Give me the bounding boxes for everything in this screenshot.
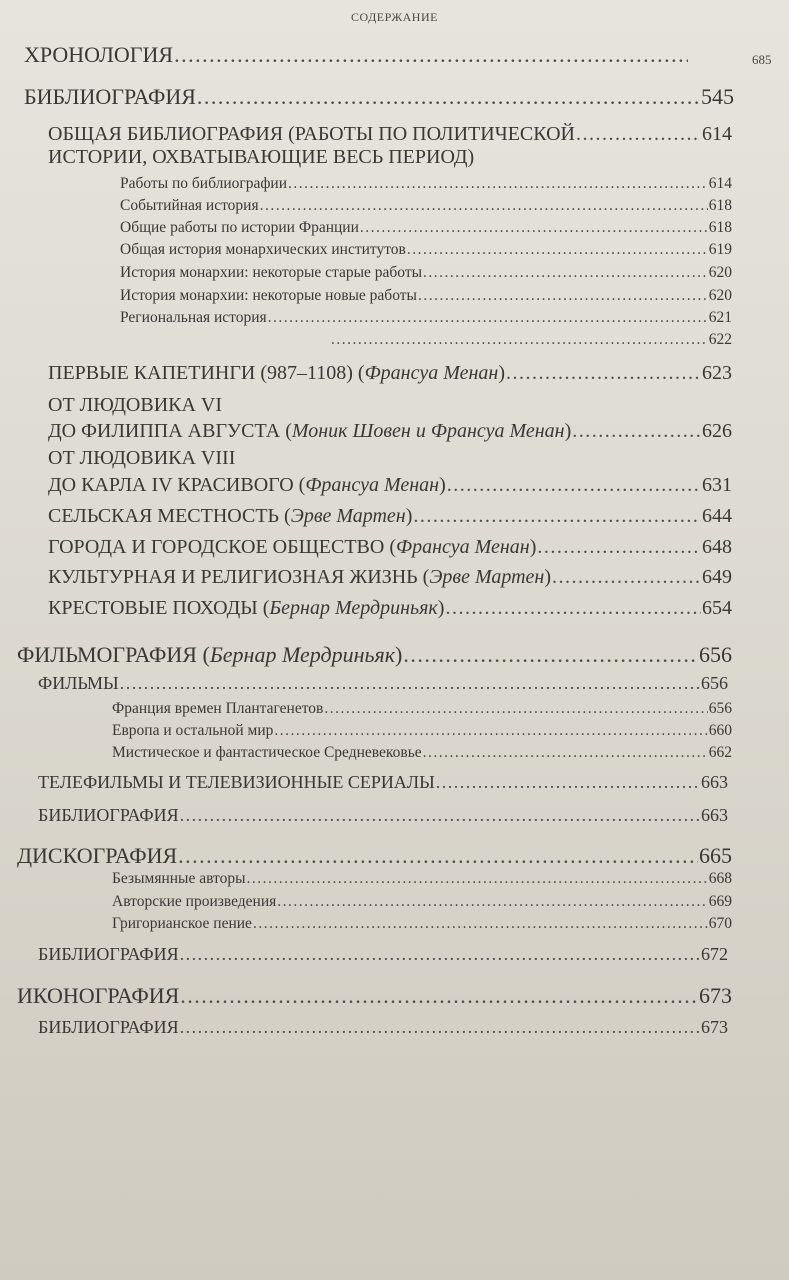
dot-leader: [180, 1017, 700, 1038]
toc-subentry[interactable]: Безымянные авторы 668: [112, 870, 732, 888]
dot-leader: [552, 566, 701, 589]
toc-label: Событийная история: [120, 197, 259, 215]
toc-label: ДО ФИЛИППА АВГУСТА (Моник Шовен и Франсу…: [48, 420, 571, 443]
toc-page: 673: [701, 1017, 728, 1038]
toc-entry-films[interactable]: ФИЛЬМЫ 656: [38, 673, 728, 694]
dot-leader: [407, 241, 708, 259]
toc-label: ГОРОДА И ГОРОДСКОЕ ОБЩЕСТВО (Франсуа Мен…: [48, 536, 536, 559]
toc-entry-film-bibliography[interactable]: БИБЛИОГРАФИЯ 663: [38, 805, 728, 826]
toc-label-line1: ОТ ЛЮДОВИКА VIII: [48, 447, 235, 470]
dot-leader: [403, 642, 698, 668]
toc-page: 660: [709, 722, 732, 740]
toc-label: Работы по библиографии: [120, 175, 287, 193]
toc-entry-section[interactable]: СЕЛЬСКАЯ МЕСТНОСТЬ (Эрве Мартен) 644: [48, 505, 732, 528]
toc-page: 621: [709, 309, 732, 327]
toc-page: 654: [702, 597, 732, 620]
toc-label: СЕЛЬСКАЯ МЕСТНОСТЬ (Эрве Мартен): [48, 505, 412, 528]
dot-leader: [180, 805, 700, 826]
page-number: 685: [752, 52, 772, 68]
toc-subentry[interactable]: История монархии: некоторые старые работ…: [120, 264, 732, 282]
toc-page: 619: [709, 241, 732, 259]
toc-page: 662: [709, 744, 732, 762]
toc-page: 545: [701, 84, 734, 110]
toc-label: ИКОНОГРАФИЯ: [17, 983, 179, 1009]
toc-entry-discography[interactable]: ДИСКОГРАФИЯ 665: [17, 843, 732, 869]
toc-subentry[interactable]: Григорианское пение 670: [112, 915, 732, 933]
toc-page: 663: [701, 805, 728, 826]
dot-leader: [180, 944, 700, 965]
toc-entry-iconography[interactable]: ИКОНОГРАФИЯ 673: [17, 983, 732, 1009]
toc-subentry[interactable]: Мистическое и фантастическое Средневеков…: [112, 744, 732, 762]
toc-label: ФИЛЬМОГРАФИЯ (Бернар Мердриньяк): [17, 642, 402, 668]
toc-label: Григорианское пение: [112, 915, 252, 933]
dot-leader: [506, 362, 701, 385]
dot-leader: [197, 84, 700, 110]
toc-page: 623: [702, 362, 732, 385]
toc-entry-section[interactable]: ДО КАРЛА IV КРАСИВОГО (Франсуа Менан) 63…: [48, 474, 732, 497]
dot-leader: [447, 474, 701, 497]
toc-label: БИБЛИОГРАФИЯ: [24, 84, 196, 110]
toc-page: 656: [709, 700, 732, 718]
toc-entry-section[interactable]: ПЕРВЫЕ КАПЕТИНГИ (987–1108) (Франсуа Мен…: [48, 362, 732, 385]
toc-label-line1: ОТ ЛЮДОВИКА VI: [48, 394, 222, 417]
toc-label: КУЛЬТУРНАЯ И РЕЛИГИОЗНАЯ ЖИЗНЬ (Эрве Мар…: [48, 566, 551, 589]
toc-entry-general-bibliography[interactable]: ОБЩАЯ БИБЛИОГРАФИЯ (РАБОТЫ ПО ПОЛИТИЧЕСК…: [48, 123, 732, 146]
toc-subentry[interactable]: Авторские произведения 669: [112, 893, 732, 911]
toc-label: ХРОНОЛОГИЯ: [24, 42, 173, 68]
toc-label: БИБЛИОГРАФИЯ: [38, 944, 179, 965]
dot-leader: [537, 536, 701, 559]
toc-subentry[interactable]: Общие работы по истории Франции 618: [120, 219, 732, 237]
dot-leader: [247, 870, 708, 888]
toc-page: 663: [701, 772, 728, 793]
toc-label: Мистическое и фантастическое Средневеков…: [112, 744, 422, 762]
dot-leader: [576, 123, 701, 146]
toc-label: БИБЛИОГРАФИЯ: [38, 805, 179, 826]
toc-page: 656: [699, 642, 732, 668]
toc-label: ДО КАРЛА IV КРАСИВОГО (Франсуа Менан): [48, 474, 446, 497]
dot-leader: [274, 722, 707, 740]
toc-page: 622: [709, 331, 732, 349]
toc-label: Безымянные авторы: [112, 870, 246, 888]
toc-page: 631: [702, 474, 732, 497]
toc-entry-disco-bibliography[interactable]: БИБЛИОГРАФИЯ 672: [38, 944, 728, 965]
toc-subentry[interactable]: 622: [330, 331, 732, 349]
toc-page: 618: [709, 219, 732, 237]
dot-leader: [180, 983, 698, 1009]
toc-label: КРЕСТОВЫЕ ПОХОДЫ (Бернар Мердриньяк): [48, 597, 444, 620]
dot-leader: [423, 264, 708, 282]
toc-entry-chronology[interactable]: ХРОНОЛОГИЯ: [24, 42, 689, 68]
toc-label: ФИЛЬМЫ: [38, 673, 119, 694]
toc-entry-section[interactable]: ГОРОДА И ГОРОДСКОЕ ОБЩЕСТВО (Франсуа Мен…: [48, 536, 732, 559]
toc-entry-filmography[interactable]: ФИЛЬМОГРАФИЯ (Бернар Мердриньяк) 656: [17, 642, 732, 668]
toc-entry-section[interactable]: ДО ФИЛИППА АВГУСТА (Моник Шовен и Франсу…: [48, 420, 732, 443]
toc-label: ТЕЛЕФИЛЬМЫ И ТЕЛЕВИЗИОННЫЕ СЕРИАЛЫ: [38, 772, 435, 793]
toc-page: 648: [702, 536, 732, 559]
toc-page: 673: [699, 983, 732, 1009]
toc-label-continued: ИСТОРИИ, ОХВАТЫВАЮЩИЕ ВЕСЬ ПЕРИОД): [48, 146, 474, 169]
toc-label: Общая история монархических институтов: [120, 241, 406, 259]
toc-entry-section[interactable]: КУЛЬТУРНАЯ И РЕЛИГИОЗНАЯ ЖИЗНЬ (Эрве Мар…: [48, 566, 732, 589]
dot-leader: [277, 893, 707, 911]
toc-page: 665: [699, 843, 732, 869]
dot-leader: [413, 505, 701, 528]
toc-page: 668: [709, 870, 732, 888]
dot-leader: [260, 197, 708, 215]
toc-page: 672: [701, 944, 728, 965]
toc-page: 656: [701, 673, 728, 694]
dot-leader: [445, 597, 701, 620]
toc-page: 620: [709, 264, 732, 282]
book-page: СОДЕРЖАНИЕ 685 ХРОНОЛОГИЯ БИБЛИОГРАФИЯ 5…: [0, 0, 789, 1280]
toc-page: 614: [709, 175, 732, 193]
toc-label: Европа и остальной мир: [112, 722, 273, 740]
toc-label: История монархии: некоторые новые работы: [120, 287, 417, 305]
dot-leader: [572, 420, 701, 443]
toc-entry-tv[interactable]: ТЕЛЕФИЛЬМЫ И ТЕЛЕВИЗИОННЫЕ СЕРИАЛЫ 663: [38, 772, 728, 793]
toc-label: Общие работы по истории Франции: [120, 219, 359, 237]
dot-leader: [120, 673, 700, 694]
dot-leader: [253, 915, 708, 933]
dot-leader: [423, 744, 708, 762]
dot-leader: [178, 843, 698, 869]
toc-page: 670: [709, 915, 732, 933]
toc-page: 669: [709, 893, 732, 911]
toc-entry-bibliography[interactable]: БИБЛИОГРАФИЯ 545: [24, 84, 734, 110]
dot-leader: [324, 700, 707, 718]
toc-subentry[interactable]: Общая история монархических институтов 6…: [120, 241, 732, 259]
toc-page: 618: [709, 197, 732, 215]
dot-leader: [268, 309, 708, 327]
toc-subentry[interactable]: Событийная история 618: [120, 197, 732, 215]
dot-leader: [174, 42, 688, 68]
toc-label: БИБЛИОГРАФИЯ: [38, 1017, 179, 1038]
toc-subentry[interactable]: Региональная история 621: [120, 309, 732, 327]
running-title: СОДЕРЖАНИЕ: [0, 10, 789, 25]
toc-subentry[interactable]: Европа и остальной мир 660: [112, 722, 732, 740]
toc-subentry[interactable]: История монархии: некоторые новые работы…: [120, 287, 732, 305]
dot-leader: [418, 287, 708, 305]
toc-label: История монархии: некоторые старые работ…: [120, 264, 422, 282]
toc-subentry[interactable]: Франция времен Плантагенетов 656: [112, 700, 732, 718]
toc-page: 620: [709, 287, 732, 305]
toc-label: ПЕРВЫЕ КАПЕТИНГИ (987–1108) (Франсуа Мен…: [48, 362, 505, 385]
dot-leader: [331, 331, 708, 349]
dot-leader: [288, 175, 708, 193]
toc-label: ОБЩАЯ БИБЛИОГРАФИЯ (РАБОТЫ ПО ПОЛИТИЧЕСК…: [48, 123, 575, 146]
toc-page: 626: [702, 420, 732, 443]
toc-entry-section[interactable]: КРЕСТОВЫЕ ПОХОДЫ (Бернар Мердриньяк) 654: [48, 597, 732, 620]
toc-subentry[interactable]: Работы по библиографии 614: [120, 175, 732, 193]
toc-label: ДИСКОГРАФИЯ: [17, 843, 177, 869]
toc-label: Франция времен Плантагенетов: [112, 700, 323, 718]
toc-entry-icono-bibliography[interactable]: БИБЛИОГРАФИЯ 673: [38, 1017, 728, 1038]
dot-leader: [436, 772, 700, 793]
toc-page: 649: [702, 566, 732, 589]
dot-leader: [360, 219, 708, 237]
toc-page: 614: [702, 123, 732, 146]
toc-page: 644: [702, 505, 732, 528]
toc-label: Авторские произведения: [112, 893, 276, 911]
toc-label: Региональная история: [120, 309, 267, 327]
